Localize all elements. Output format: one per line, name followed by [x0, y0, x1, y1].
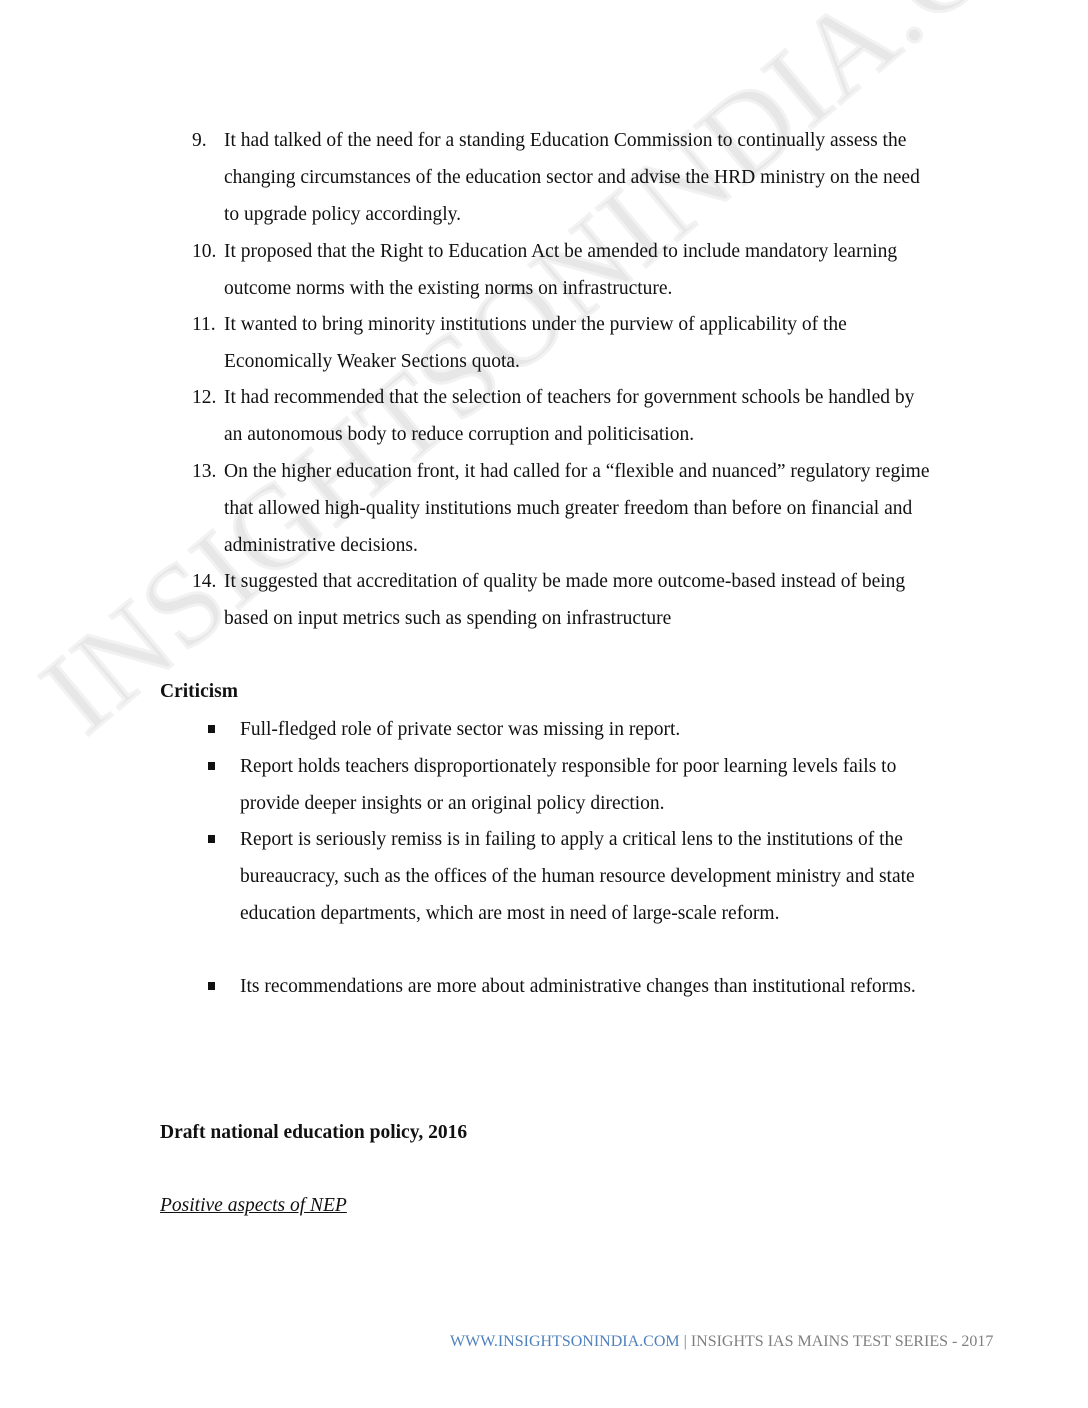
item-text: It proposed that the Right to Education … — [192, 233, 932, 307]
list-item-11: 11. It wanted to bring minority institut… — [192, 306, 932, 380]
draft-policy-heading: Draft national education policy, 2016 — [160, 1122, 467, 1144]
criticism-heading: Criticism — [160, 681, 238, 703]
footer-separator: | — [680, 1333, 691, 1350]
list-item-12: 12. It had recommended that the selectio… — [192, 379, 932, 453]
bullet-text: Report is seriously remiss is in failing… — [208, 821, 928, 932]
criticism-bullet: Report holds teachers disproportionately… — [208, 748, 928, 822]
bullet-square-icon — [208, 982, 215, 990]
criticism-bullet: Full-fledged role of private sector was … — [208, 711, 928, 748]
list-item-14: 14. It suggested that accreditation of q… — [192, 563, 932, 637]
bullet-text: Report holds teachers disproportionately… — [208, 748, 928, 822]
bullet-text: Its recommendations are more about admin… — [208, 968, 928, 1005]
item-text: It wanted to bring minority institutions… — [192, 306, 932, 380]
item-number: 11. — [192, 306, 216, 343]
list-item-9: 9. It had talked of the need for a stand… — [192, 122, 932, 233]
bullet-square-icon — [208, 762, 215, 770]
criticism-bullet: Its recommendations are more about admin… — [208, 968, 928, 1005]
positive-aspects-heading: Positive aspects of NEP — [160, 1195, 347, 1217]
item-text: On the higher education front, it had ca… — [192, 453, 932, 564]
bullet-square-icon — [208, 835, 215, 843]
bullet-square-icon — [208, 725, 215, 733]
criticism-bullet: Report is seriously remiss is in failing… — [208, 821, 928, 932]
page-footer: WWW.INSIGHTSONINDIA.COM | INSIGHTS IAS M… — [450, 1333, 993, 1351]
item-number: 9. — [192, 122, 207, 159]
list-item-13: 13. On the higher education front, it ha… — [192, 453, 932, 564]
item-number: 13. — [192, 453, 216, 490]
footer-series-title: INSIGHTS IAS MAINS TEST SERIES - 2017 — [691, 1333, 994, 1350]
footer-website-link[interactable]: WWW.INSIGHTSONINDIA.COM — [450, 1333, 680, 1350]
document-page: INSIGHTSONINDIA.COM 9. It had talked of … — [0, 0, 1088, 1408]
item-number: 12. — [192, 379, 216, 416]
item-number: 14. — [192, 563, 216, 600]
item-text: It had recommended that the selection of… — [192, 379, 932, 453]
bullet-text: Full-fledged role of private sector was … — [208, 711, 928, 748]
item-text: It had talked of the need for a standing… — [192, 122, 932, 233]
list-item-10: 10. It proposed that the Right to Educat… — [192, 233, 932, 307]
item-text: It suggested that accreditation of quali… — [192, 563, 932, 637]
item-number: 10. — [192, 233, 216, 270]
